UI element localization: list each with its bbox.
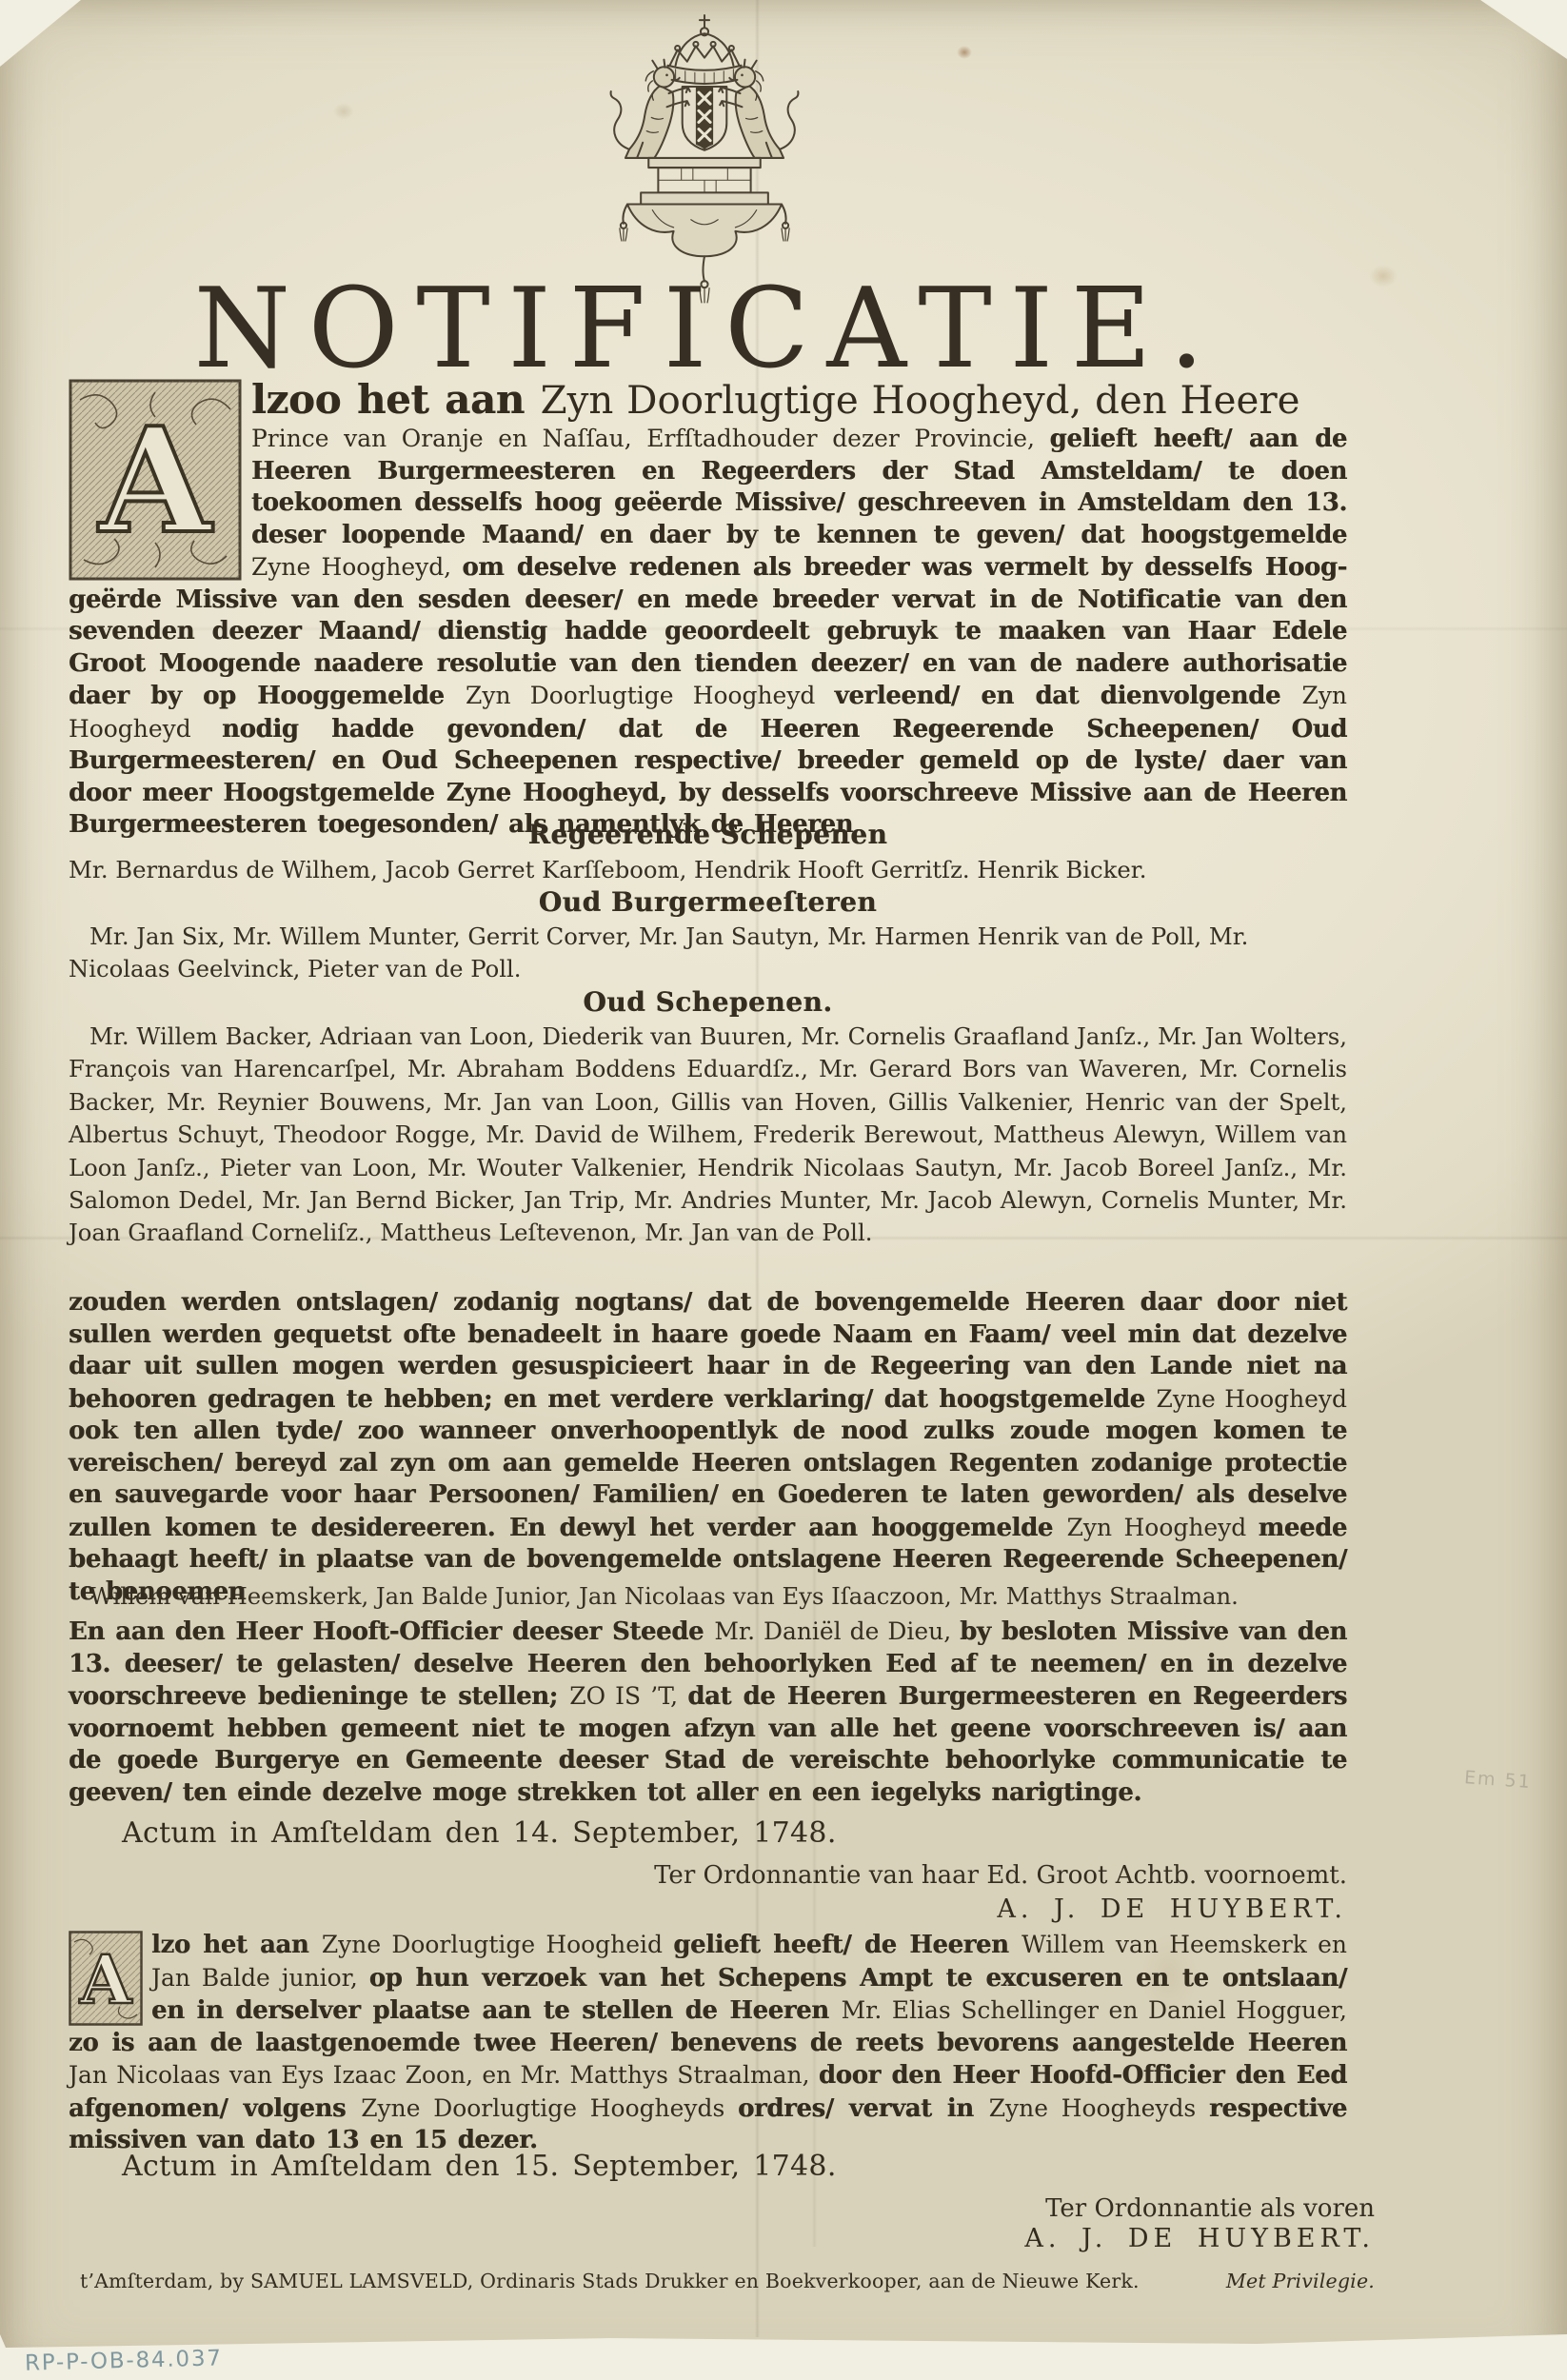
- header-regeerende-schepenen: Regeerende Schepenen: [69, 819, 1347, 850]
- text-segment: Prince van Oranje en Naſſau, Erfſtadhoud…: [251, 425, 1050, 452]
- pedestal-icon: [641, 158, 768, 205]
- paragraph-3-text: En aan den Heer Hooft-Officier deeser St…: [69, 1616, 1347, 1809]
- oud-burgermeesteren-names: Mr. Jan Six, Mr. Willem Munter, Gerrit C…: [69, 921, 1347, 986]
- privilege-note: Met Privilegie.: [1226, 2270, 1375, 2292]
- text-segment: gelieft heeft/ de Heeren: [673, 1931, 1022, 1959]
- text-segment: zo is aan de laastgenoemde twee Heeren/ …: [69, 2029, 1347, 2057]
- text-segment: lzo het aan: [151, 1931, 322, 1959]
- paragraph-4-text: lzo het aan Zyne Doorlugtige Hoogheid ge…: [69, 1929, 1347, 2157]
- text-segment: Zyne Doorlugtige Hoogheyds: [361, 2094, 738, 2122]
- text-segment: Zyne Hoogheyd,: [251, 553, 462, 581]
- text-segment: lzoo het aan: [251, 376, 541, 423]
- imprint-text: t’Amſterdam, by SAMUEL LAMSVELD, Ordinar…: [80, 2270, 1140, 2292]
- opening-line: lzoo het aan Zyn Doorlugtige Hoogheyd, d…: [69, 377, 1347, 423]
- text-segment: Zyn Doorlugtige Hoogheyd, den Heere: [541, 378, 1300, 423]
- text-segment: Mr. Daniël de Dieu,: [714, 1617, 960, 1645]
- regeerende-schepenen-names: Mr. Bernardus de Wilhem, Jacob Gerret Ka…: [69, 854, 1347, 886]
- text-segment: Zyn Doorlugtige Hoogheyd: [466, 682, 835, 709]
- drop-cap-letter-small: A: [79, 1940, 133, 2019]
- second-notice-paragraph: A lzo het aan Zyne Doorlugtige Hoogheid …: [69, 1929, 1347, 2157]
- new-schepenen-names: Willem van Heemskerk, Jan Balde Junior, …: [69, 1580, 1347, 1613]
- text-segment: En aan den Heer Hooft-Officier deeser St…: [69, 1617, 714, 1646]
- header-oud-schepenen: Oud Schepenen.: [69, 986, 1347, 1018]
- ornate-drop-cap-a: A: [69, 379, 242, 581]
- printer-imprint: t’Amſterdam, by SAMUEL LAMSVELD, Ordinar…: [80, 2270, 1375, 2292]
- text-segment: Jan Nicolaas van Eys Izaac Zoon, en Mr. …: [69, 2061, 819, 2089]
- drop-cap-letter: A: [97, 395, 213, 565]
- oud-schepenen-names: Mr. Willem Backer, Adriaan van Loon, Die…: [69, 1021, 1347, 1250]
- text-segment: verleend/ en dat dienvolgende: [835, 682, 1302, 710]
- signature-huybert-1: A. J. DE HUYBERT.: [69, 1894, 1347, 1924]
- text-segment: Mr. Elias Schellinger en Daniel Hogguer,: [842, 1996, 1347, 2024]
- header-oud-burgermeesteren: Oud Burgermeeſteren: [69, 886, 1347, 918]
- text-segment: Zyne Doorlugtige Hoogheid: [322, 1931, 673, 1958]
- shield-icon: [683, 87, 727, 150]
- text-segment: Zyn Hoogheyd: [1067, 1514, 1259, 1541]
- ordinance-line-2: Ter Ordonnantie als voren: [69, 2194, 1382, 2223]
- first-notice-paragraph: A lzoo het aan Zyn Doorlugtige Hoogheyd,…: [69, 377, 1347, 842]
- text-segment: Zyne Hoogheyds: [989, 2094, 1209, 2122]
- accession-number: RP-P-OB-84.037: [25, 2346, 223, 2375]
- text-segment: Zyne Hoogheyd: [1157, 1385, 1347, 1413]
- paragraph-2-text: zouden werden ontslagen/ zodanig nogtans…: [69, 1287, 1347, 1608]
- paragraph-1-text: Prince van Oranje en Naſſau, Erfſtadhoud…: [69, 423, 1347, 842]
- text-segment: ZO IS ’T,: [569, 1682, 687, 1710]
- dateline-15-september: Actum in Amſteldam den 15. September, 17…: [69, 2150, 1400, 2183]
- signature-huybert-2: A. J. DE HUYBERT.: [69, 2224, 1375, 2253]
- ornate-drop-cap-a-small: A: [69, 1931, 143, 2026]
- text-segment: ordres/ vervat in: [738, 2094, 989, 2123]
- ordinance-line-1: Ter Ordonnantie van haar Ed. Groot Achtb…: [69, 1861, 1471, 1890]
- dateline-14-september: Actum in Amſteldam den 14. September, 17…: [69, 1816, 1400, 1850]
- page-title: NOTIFICATIE.: [69, 274, 1347, 385]
- crown-icon: [668, 15, 742, 84]
